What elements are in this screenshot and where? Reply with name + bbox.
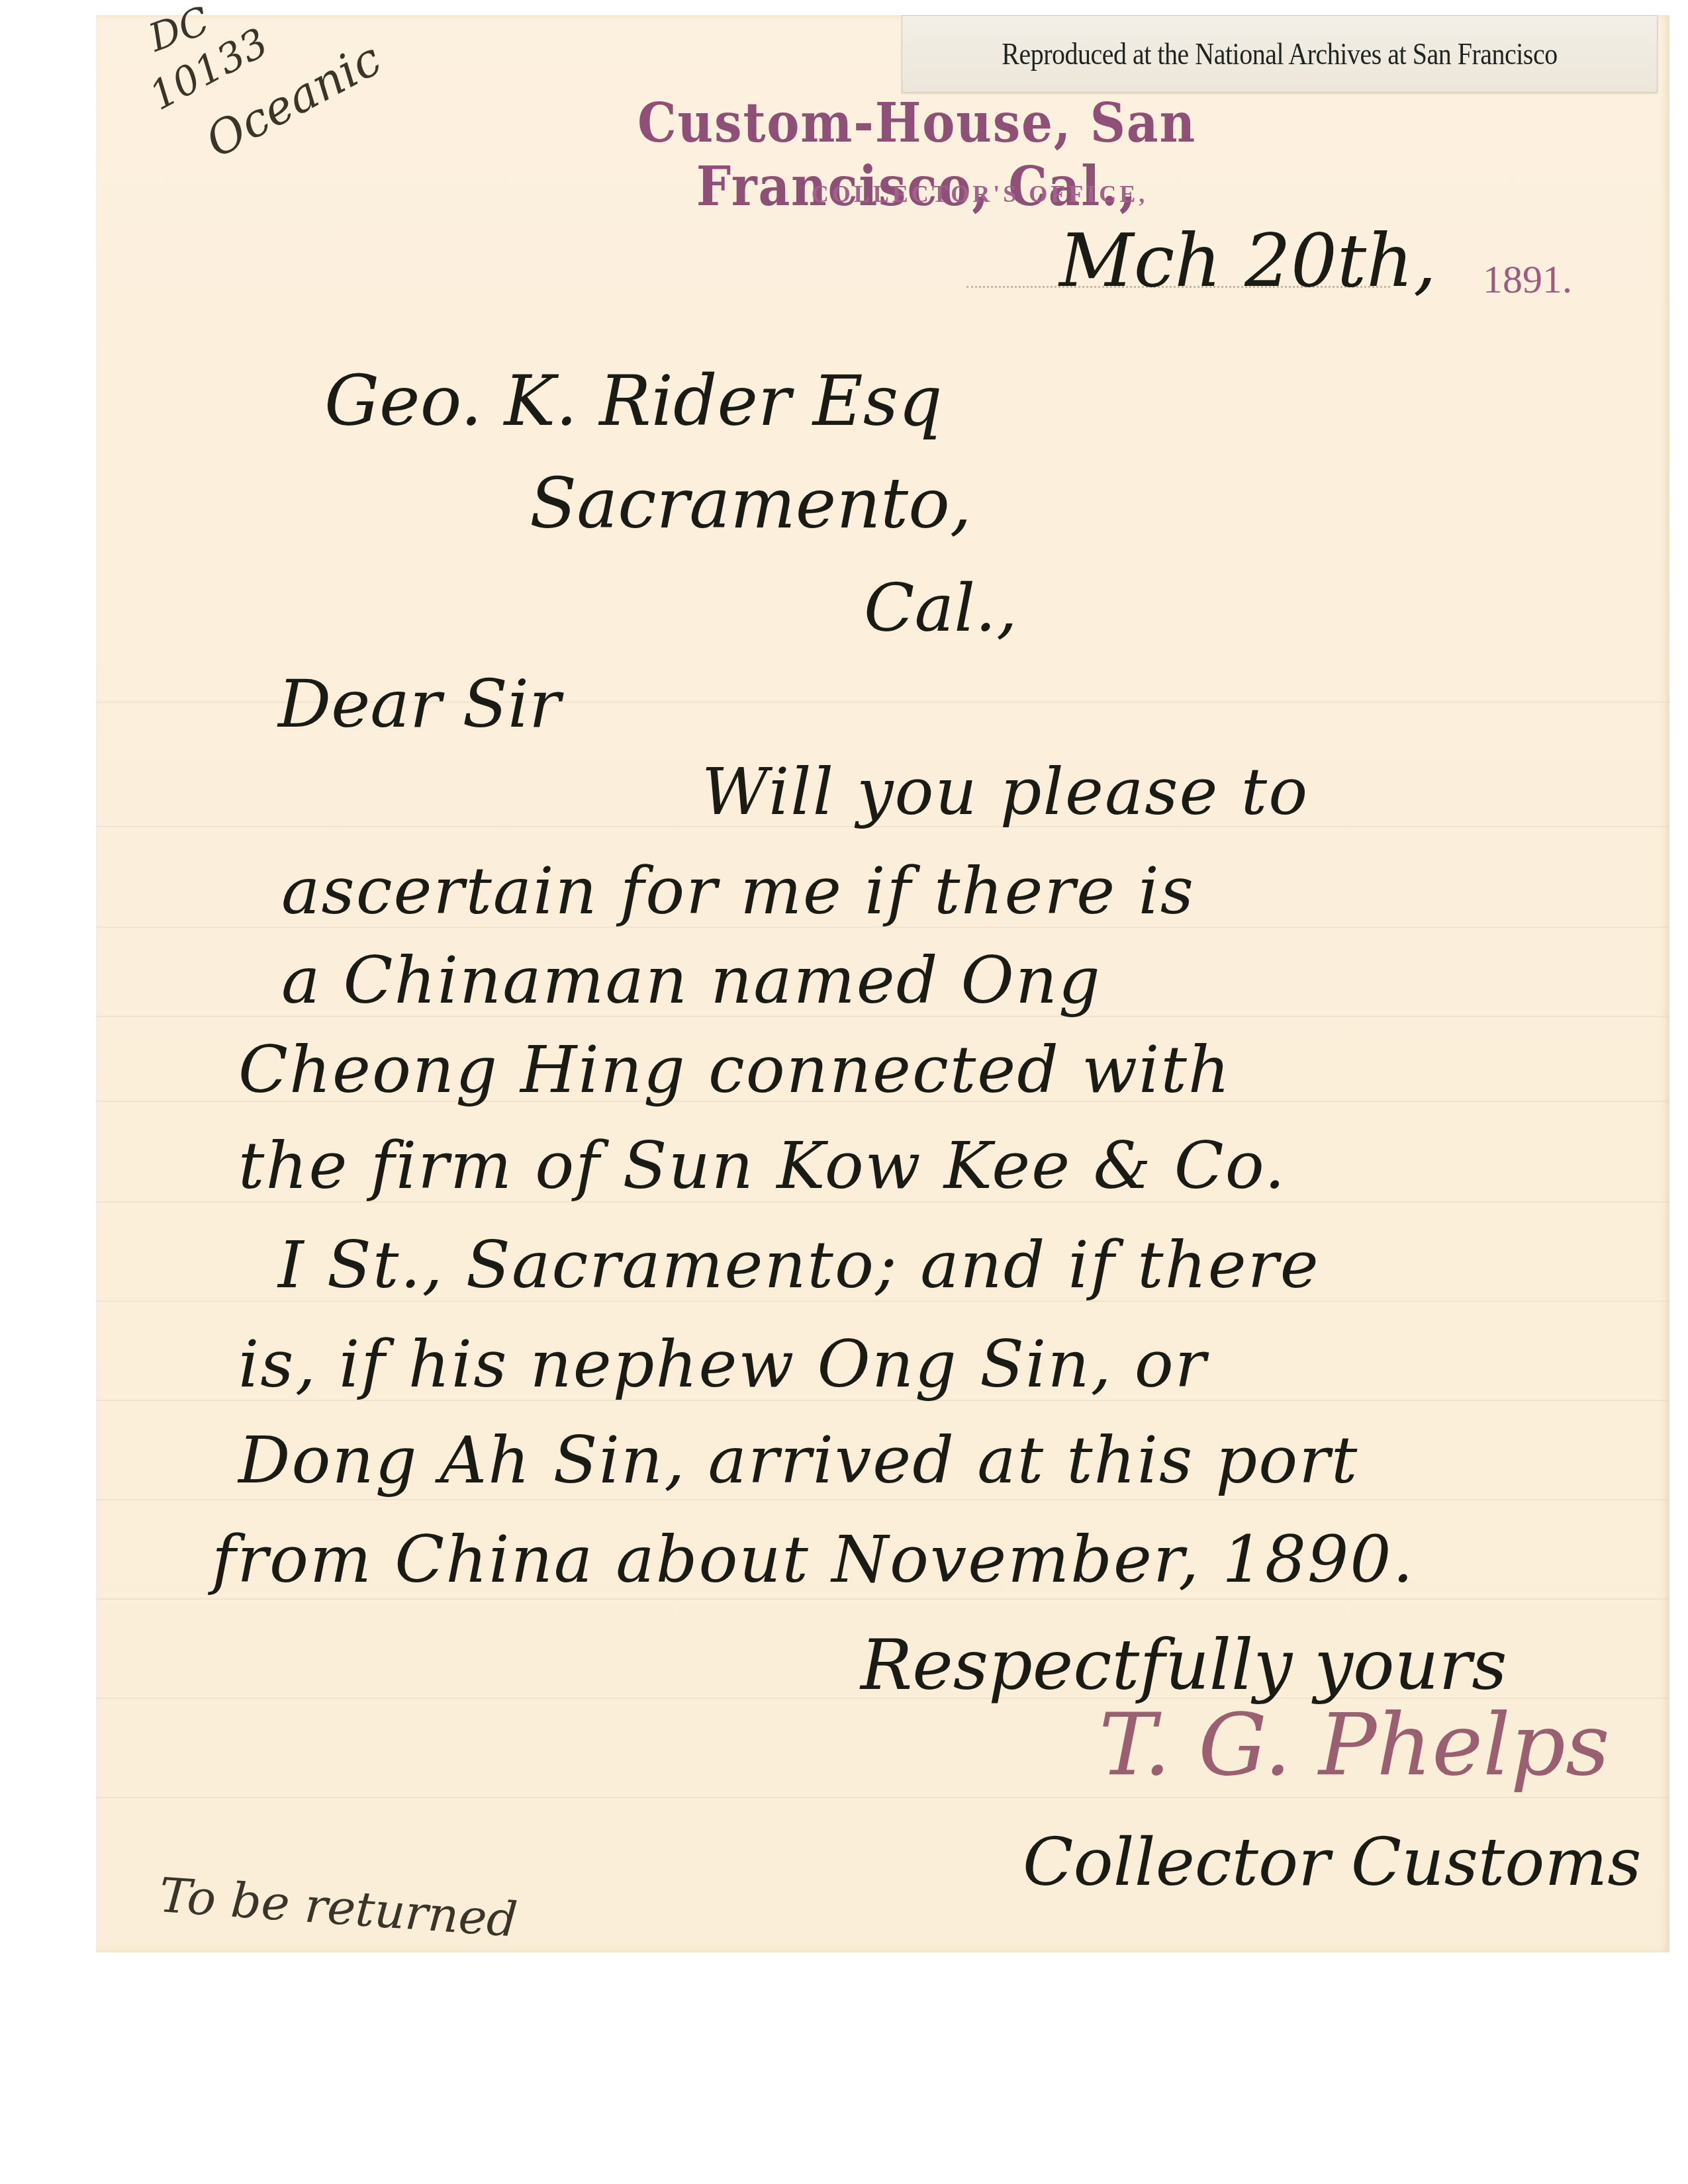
body-line: a Chinaman named Ong [281, 943, 1102, 1019]
rule-line [96, 1797, 1669, 1798]
body-line: is, if his nephew Ong Sin, or [238, 1327, 1207, 1402]
address-name: Geo. K. Rider Esq [324, 361, 943, 441]
signature: T. G. Phelps [1099, 1694, 1610, 1795]
body-line: Cheong Hing connected with [238, 1032, 1231, 1108]
address-city: Sacramento, [530, 463, 972, 544]
rule-line [96, 1598, 1669, 1600]
body-line: I St., Sacramento; and if there [278, 1228, 1320, 1303]
body-line: Dong Ah Sin, arrived at this port [238, 1423, 1358, 1498]
letterhead-subtitle: COLLECTOR'S OFFICE, [695, 180, 1264, 208]
body-line: the firm of Sun Kow Kee & Co. [238, 1128, 1286, 1204]
body-line: Will you please to [702, 754, 1309, 830]
date-handwritten: Mch 20th, [1059, 218, 1436, 303]
signature-title: Collector Customs [1023, 1823, 1642, 1901]
address-state: Cal., [864, 569, 1017, 647]
rule-line [96, 1499, 1669, 1500]
body-line: from China about November, 1890. [212, 1522, 1415, 1598]
closing: Respectfully yours [861, 1625, 1507, 1706]
salutation: Dear Sir [278, 665, 561, 743]
date-printed-year: 1891. [1483, 257, 1572, 302]
body-line: ascertain for me if there is [281, 854, 1195, 929]
archive-stamp-text: Reproduced at the National Archives at S… [1002, 36, 1557, 71]
archive-stamp: Reproduced at the National Archives at S… [902, 15, 1658, 93]
